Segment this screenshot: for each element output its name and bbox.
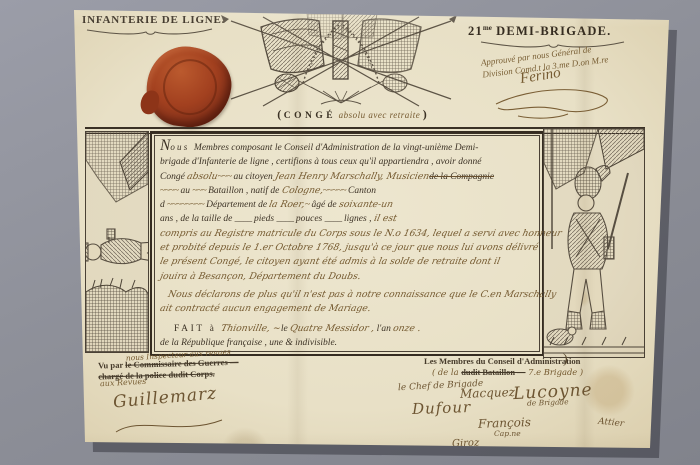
brigade-number-suffix: me <box>483 24 492 32</box>
body-text-segment: compris au Registre matricule du Corps s… <box>158 227 562 241</box>
body-line: ait contracté aucun engagement de Mariag… <box>160 302 532 316</box>
body-text-segment: brigade d'Infanterie de ligne , certifio… <box>160 157 481 167</box>
body-text-segment: le présent Congé, le citoyen ayant été a… <box>158 255 501 269</box>
brigade-name: DEMI-BRIGADE. <box>492 24 612 38</box>
conseil-brace: ) <box>563 352 568 368</box>
body-line: FAIT à Thionville, ~ le Quatre Messidor … <box>160 322 532 336</box>
body-text-segment: Quatre Messidor , <box>289 322 376 336</box>
body-text-segment: Thionville, ~ <box>220 322 282 336</box>
conge-caption: ( CONGÉ absolu avec retraite ) <box>222 107 482 122</box>
body-text-segment: FAIT à <box>174 324 221 334</box>
body-line: brigade d'Infanterie de ligne , certifio… <box>160 155 532 169</box>
body-text-segment: ~~~ <box>192 186 208 196</box>
vu-par-label: Vu par <box>98 360 125 371</box>
body-text-segment: N <box>160 137 170 154</box>
body-text-segment: ____ <box>235 214 252 224</box>
member-signature-2-title: de Brigade <box>527 397 569 407</box>
body-line: Congé absolu ~~~ au citoyen Jean Henry M… <box>160 170 532 184</box>
left-soldier-engraving <box>86 132 148 352</box>
body-text-segment: Canton <box>348 186 376 196</box>
body-text-segment: pieds <box>252 214 277 224</box>
body-text-segment: l'an <box>374 324 393 334</box>
body-text-segment: ~~~ <box>218 172 234 182</box>
open-paren: ( <box>277 107 281 121</box>
conseil-title: Les Membres du Conseil d'Administration <box>424 356 580 366</box>
body-line: compris au Registre matricule du Corps s… <box>160 227 532 241</box>
flags-trophy-engraving <box>203 11 479 111</box>
body-text-segment: âgé de <box>312 200 339 210</box>
body-text-segment: ~~~~ <box>160 186 180 196</box>
body-text-segment: il est <box>372 212 398 226</box>
body-text-segment: absolu <box>186 170 220 184</box>
close-paren: ) <box>423 107 427 121</box>
body-text-segment: ous <box>170 142 194 152</box>
body-line: jouira à Besançon, Département du Doubs. <box>160 270 532 284</box>
brigade-title: 21me DEMI-BRIGADE. <box>468 24 611 39</box>
struck-bataillon: dudit Bataillon — <box>461 368 525 377</box>
right-engraving-panel <box>543 128 645 358</box>
body-text-segment: la Roer, <box>268 198 307 212</box>
body-line: Nous Membres composant le Conseil d'Admi… <box>160 139 532 155</box>
body-text-segment: jouira à Besançon, Département du Doubs. <box>158 270 362 284</box>
body-text-segment: pouces <box>293 214 324 224</box>
signature-flourish <box>488 82 628 122</box>
right-soldier-engraving <box>544 129 644 357</box>
body-text-segment: Membres composant le Conseil d'Administr… <box>194 143 479 153</box>
body-text-segment: au citoyen <box>233 172 275 182</box>
document-paper: INFANTERIE DE LIGNE. 21me DEMI-BRIGADE. … <box>0 0 700 465</box>
conge-handwritten-type: absolu avec retraite <box>339 110 421 120</box>
reviewer-signature-flourish <box>110 406 230 440</box>
body-text-segment: onze . <box>392 322 423 336</box>
body-line: le présent Congé, le citoyen ayant été a… <box>160 255 532 269</box>
reviewer-block: nous Inspecteur aux revues Vu par le Com… <box>98 347 289 382</box>
left-engraving-panel <box>85 131 149 353</box>
body-text-segment: lignes , <box>342 214 374 224</box>
body-line: ~~~~ au ~~~ Bataillon , natif de Cologne… <box>160 184 532 198</box>
member-signature-6: Attier <box>598 417 625 430</box>
body-text-segment: ~~~~~ <box>323 186 348 196</box>
member-signature-4-title: Cap.ne <box>494 429 521 438</box>
body-text-segment: Département de <box>206 200 269 210</box>
title-flourish-left <box>84 26 216 36</box>
body-text-segment: ____ <box>325 214 342 224</box>
body-line: et probité depuis le 1.er Octobre 1768, … <box>160 241 532 255</box>
body-text-segment: Nous déclarons de plus qu'il n'est pas à… <box>166 288 557 302</box>
certificate-body: Nous Membres composant le Conseil d'Admi… <box>160 139 532 350</box>
body-text-segment: au <box>180 186 192 196</box>
body-line: Nous déclarons de plus qu'il n'est pas à… <box>160 288 532 302</box>
body-text-segment: ____ <box>276 214 293 224</box>
body-text-segment: ans , de la taille de <box>160 214 235 224</box>
conseil-unit-line: ( de la dudit Bataillon — 7.e Brigade ) <box>432 367 583 377</box>
body-text-segment: de la Compagnie <box>429 172 494 182</box>
conge-word: CONGÉ <box>284 111 336 121</box>
body-text-segment: ~~~~~~~~ <box>167 200 206 210</box>
body-text-segment: et probité depuis le 1.er Octobre 1768, … <box>158 241 539 255</box>
body-text-segment: Bataillon , natif de <box>208 186 282 196</box>
unit-hand-brigade: 7.e Brigade ) <box>525 367 583 377</box>
photo-of-document: INFANTERIE DE LIGNE. 21me DEMI-BRIGADE. … <box>0 0 700 465</box>
handwritten-note: aux Revues <box>100 377 147 388</box>
body-line: ans , de la taille de ____ pieds ____ po… <box>160 212 532 226</box>
body-line: d ~~~~~~~~ Département de la Roer, ~ âgé… <box>160 198 532 212</box>
body-text-segment: soixante-un <box>337 198 394 212</box>
member-signature-3: Dufour <box>412 398 472 418</box>
body-text-segment: ait contracté aucun engagement de Mariag… <box>158 302 372 316</box>
body-text-segment: Jean Henry Marschally, Musicien <box>274 170 431 184</box>
unit-hand-open: ( de la <box>432 367 461 377</box>
body-text-segment: Congé <box>160 172 187 182</box>
body-text-segment: Cologne, <box>280 184 324 198</box>
